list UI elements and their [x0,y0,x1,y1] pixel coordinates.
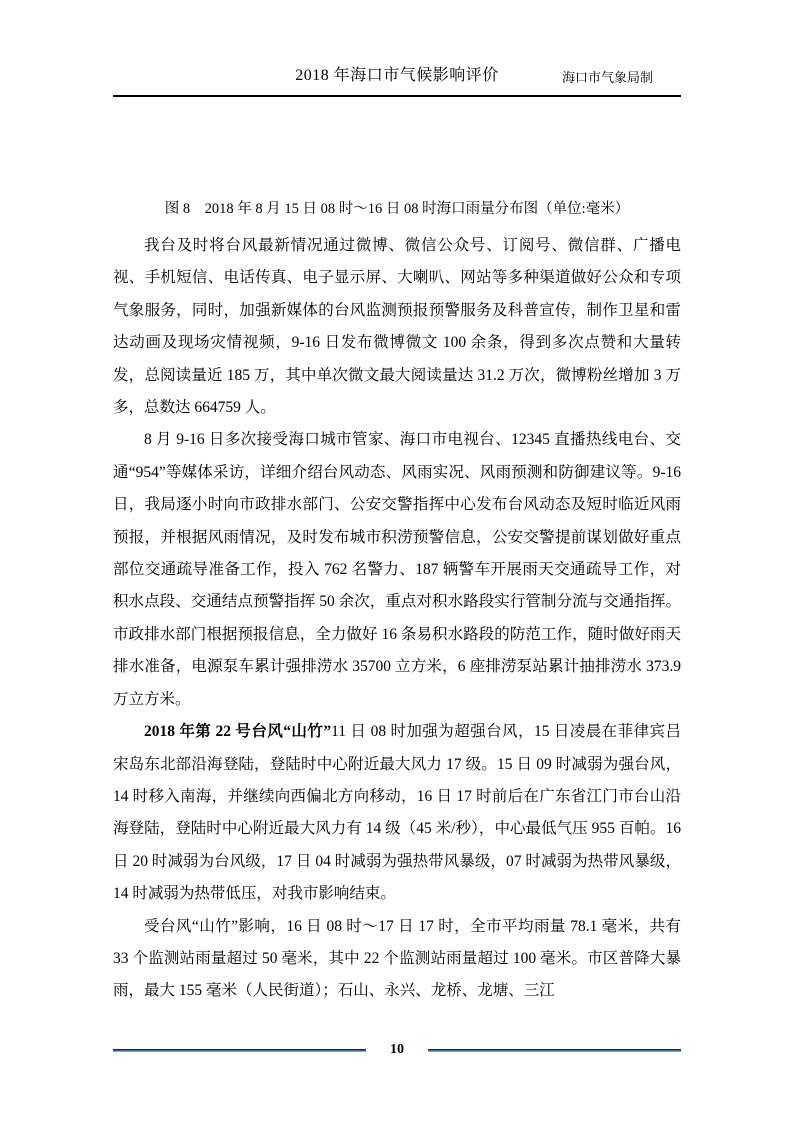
footer-rule-left [113,1049,366,1052]
page-number: 10 [390,1040,404,1060]
figure-area [113,97,681,197]
footer-rule-right [428,1049,681,1052]
paragraph-rainfall-impact: 受台风“山竹”影响，16 日 08 时～17 日 17 时，全市平均雨量 78.… [113,911,681,1008]
page-footer: 10 [113,1040,681,1060]
paragraph-media-channels: 我台及时将台风最新情况通过微博、微信公众号、订阅号、微信群、广播电视、手机短信、… [113,230,681,424]
typhoon-mangkhut-bold-lead: 2018 年第 22 号台风“山竹” [144,723,331,740]
page-header: 2018 年海口市气候影响评价 海口市气象局制 [113,58,681,92]
figure-caption: 图 8 2018 年 8 月 15 日 08 时～16 日 08 时海口雨量分布… [113,197,681,221]
header-issuer: 海口市气象局制 [562,67,653,86]
paragraph-interviews-and-drainage: 8 月 9-16 日多次接受海口城市管家、海口市电视台、12345 直播热线电台… [113,424,681,716]
body-text: 我台及时将台风最新情况通过微博、微信公众号、订阅号、微信群、广播电视、手机短信、… [113,230,681,1008]
document-page: 2018 年海口市气候影响评价 海口市气象局制 图 8 2018 年 8 月 1… [0,0,794,1123]
paragraph-typhoon-mangkhut: 2018 年第 22 号台风“山竹”11 日 08 时加强为超强台风，15 日凌… [113,716,681,910]
typhoon-mangkhut-rest: 11 日 08 时加强为超强台风，15 日凌晨在菲律宾吕宋岛东北部沿海登陆，登陆… [113,723,681,902]
